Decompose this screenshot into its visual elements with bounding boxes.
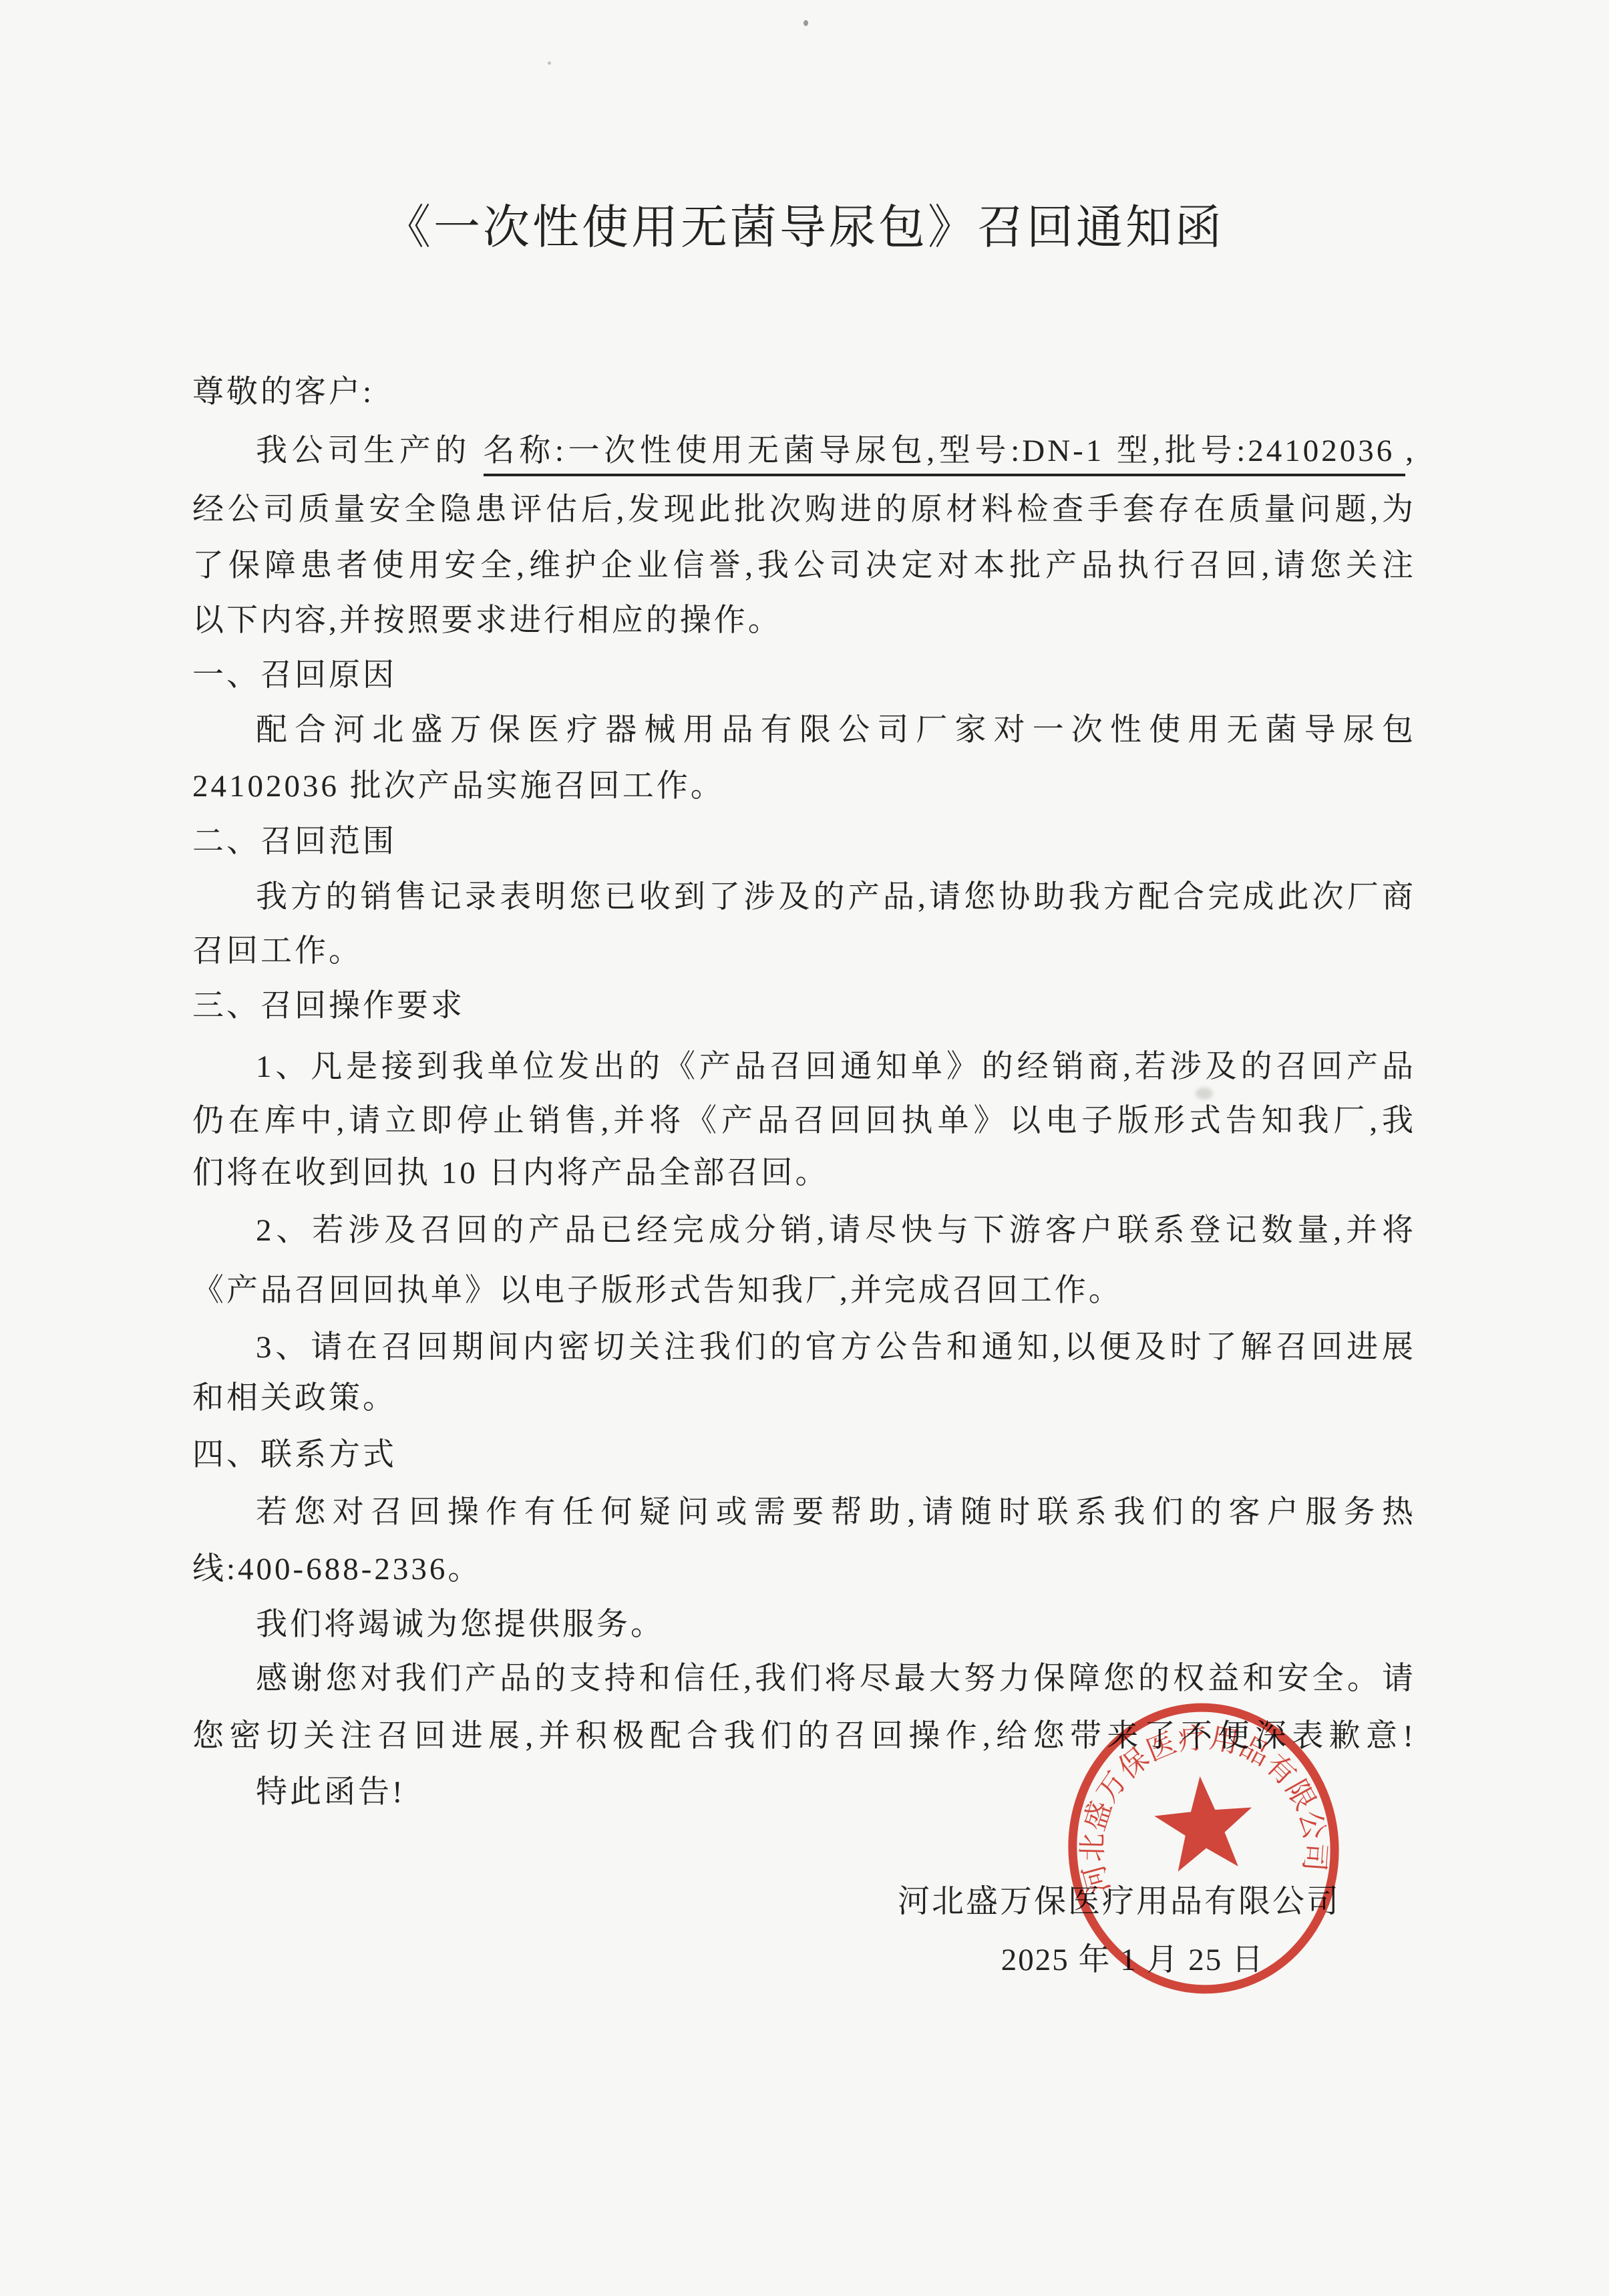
body-line: 经公司质量安全隐患评估后,发现此批次购进的原材料检查手套存在质量问题,为 xyxy=(192,490,1416,530)
star-icon xyxy=(1151,1772,1257,1874)
intro-suffix: , xyxy=(1405,434,1416,468)
section-heading-4: 四、联系方式 xyxy=(192,1436,1416,1475)
body-line: 1、凡是接到我单位发出的《产品召回通知单》的经销商,若涉及的召回产品 xyxy=(192,1047,1416,1087)
body-line: 3、请在召回期间内密切关注我们的官方公告和通知,以便及时了解召回进展 xyxy=(192,1328,1416,1367)
company-seal-graphic: 河北盛万保医疗用品有限公司 xyxy=(1051,1687,1355,2010)
section-heading-1: 一、召回原因 xyxy=(192,656,1416,695)
document-title: 《一次性使用无菌导尿包》召回通知函 xyxy=(192,200,1416,257)
body-line: 《产品召回回执单》以电子版形式告知我厂,并完成召回工作。 xyxy=(192,1271,1416,1311)
body-line: 2、若涉及召回的产品已经完成分销,请尽快与下游客户联系登记数量,并将 xyxy=(192,1211,1416,1251)
intro-line: 我公司生产的 名称:一次性使用无菌导尿包,型号:DN-1 型,批号:241020… xyxy=(192,432,1416,471)
section-heading-2: 二、召回范围 xyxy=(192,822,1416,862)
scan-speck xyxy=(1196,1088,1213,1100)
body-line: 我们将竭诚为您提供服务。 xyxy=(192,1605,1416,1645)
body-line: 召回工作。 xyxy=(192,932,1416,971)
salutation: 尊敬的客户: xyxy=(192,373,1416,412)
body-line: 感谢您对我们产品的支持和信任,我们将尽最大努力保障您的权益和安全。请 xyxy=(192,1659,1416,1699)
body-line: 们将在收到回执 10 日内将产品全部召回。 xyxy=(192,1154,1416,1193)
body-line: 我方的销售记录表明您已收到了涉及的产品,请您协助我方配合完成此次厂商 xyxy=(192,878,1416,917)
company-seal: 河北盛万保医疗用品有限公司 xyxy=(1064,1699,1343,1998)
scanned-recall-notice-page: 《一次性使用无菌导尿包》召回通知函 尊敬的客户: 我公司生产的 名称:一次性使用… xyxy=(0,0,1609,2296)
body-line: 24102036 批次产品实施召回工作。 xyxy=(192,767,1416,806)
body-line: 若您对召回操作有任何疑问或需要帮助,请随时联系我们的客户服务热 xyxy=(192,1493,1416,1532)
scan-speck xyxy=(803,20,808,26)
scan-speck xyxy=(548,61,551,65)
body-line: 仍在库中,请立即停止销售,并将《产品召回回执单》以电子版形式告知我厂,我 xyxy=(192,1102,1416,1141)
body-line: 和相关政策。 xyxy=(192,1379,1416,1418)
intro-prefix: 我公司生产的 xyxy=(256,434,484,468)
body-line: 了保障患者使用安全,维护企业信誉,我公司决定对本批产品执行召回,请您关注 xyxy=(192,546,1416,586)
body-line: 配合河北盛万保医疗器械用品有限公司厂家对一次性使用无菌导尿包 xyxy=(192,711,1416,750)
hotline-line: 线:400-688-2336。 xyxy=(192,1550,1416,1589)
body-line: 以下内容,并按照要求进行相应的操作。 xyxy=(192,601,1416,641)
product-info-underlined: 名称:一次性使用无菌导尿包,型号:DN-1 型,批号:24102036 xyxy=(484,434,1406,476)
section-heading-3: 三、召回操作要求 xyxy=(192,987,1416,1026)
